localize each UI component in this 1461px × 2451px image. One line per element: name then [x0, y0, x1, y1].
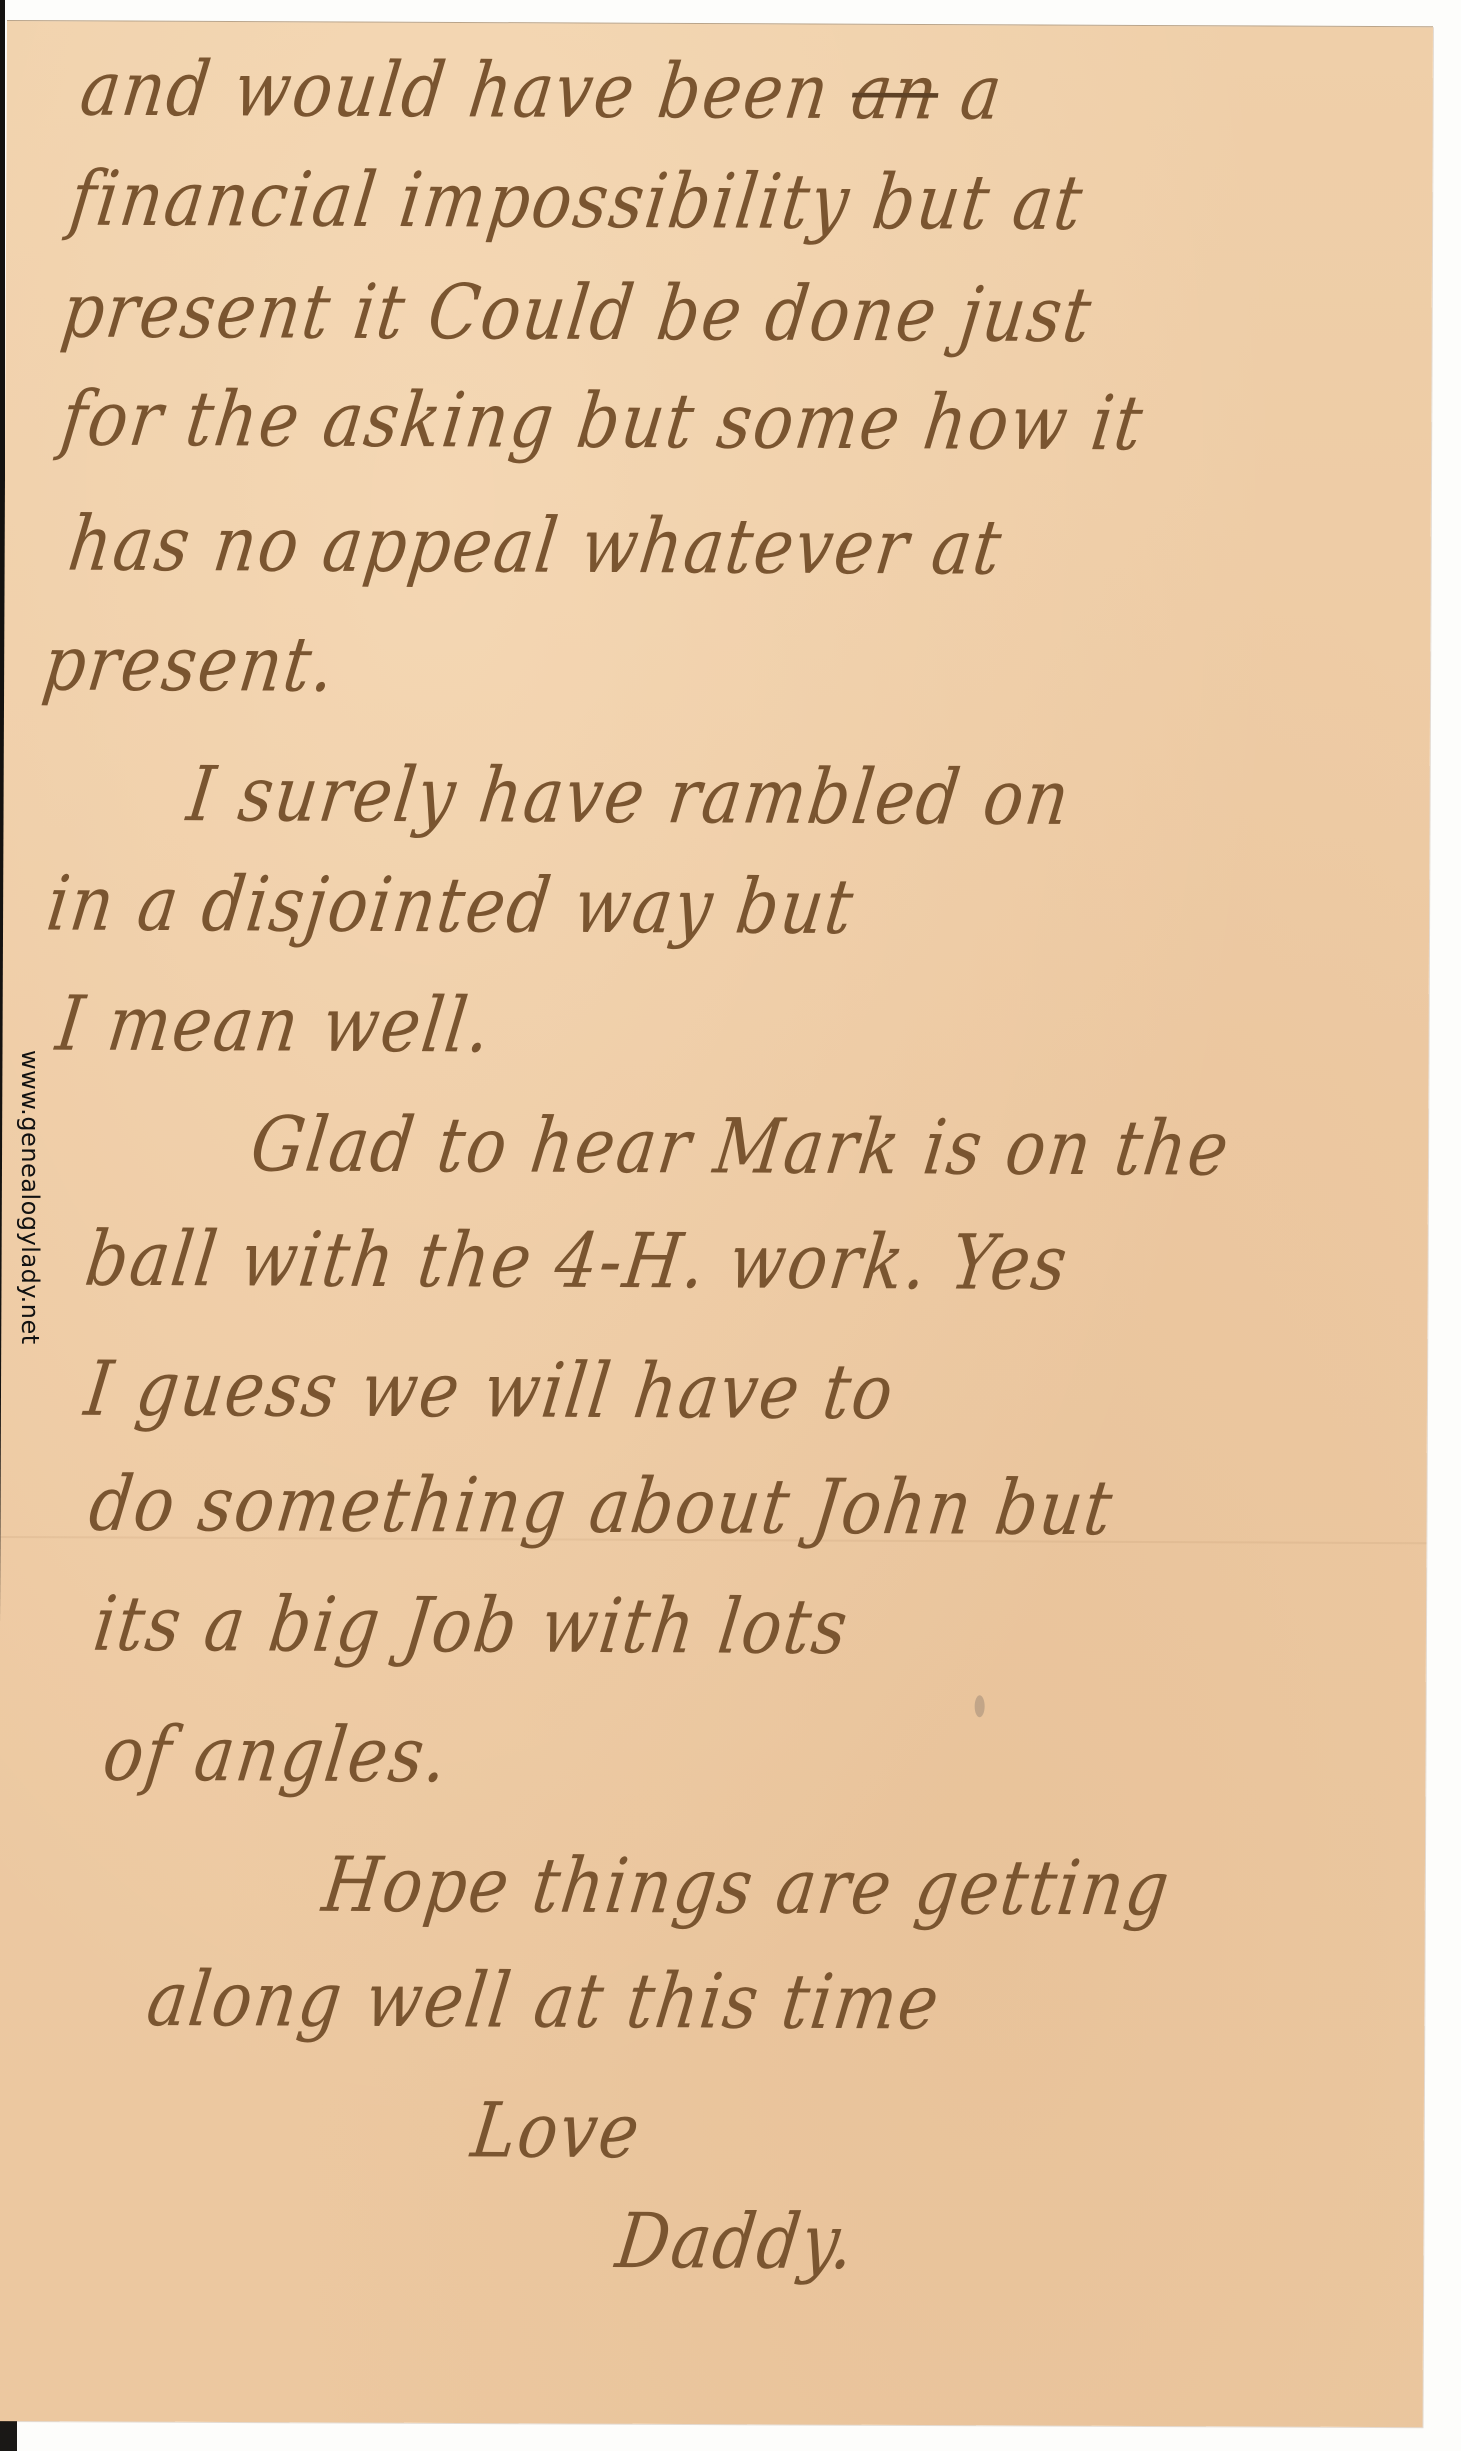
watermark-url: www.genealogylady.net	[16, 1050, 44, 1345]
letter-line-11: ball with the 4-H. work. Yes	[81, 1221, 1072, 1301]
letter-line-16: Hope things are getting	[319, 1848, 1175, 1928]
letter-line-6: present.	[39, 626, 340, 703]
paper-stain	[975, 1695, 985, 1717]
letter-line-15: of angles.	[99, 1717, 453, 1794]
letter-page: and would have been an a financial impos…	[0, 20, 1433, 2427]
letter-line-14: its a big Job with lots	[90, 1587, 853, 1666]
letter-line-10: Glad to hear Mark is on the	[247, 1107, 1234, 1187]
letter-line-3: present it Could be done just	[58, 273, 1097, 353]
letter-closing: Love	[468, 2093, 646, 2170]
letter-signature: Daddy.	[612, 2204, 860, 2281]
letter-line-2: financial impossibility but at	[66, 161, 1088, 241]
letter-line-4: for the asking but some how it	[57, 381, 1148, 462]
letter-line-5: has no appeal whatever at	[65, 506, 1008, 586]
letter-line-1: and would have been an a	[77, 51, 1008, 131]
scan-edge-corner	[0, 2418, 17, 2451]
letter-line-12: I guess we will have to	[81, 1351, 899, 1430]
letter-line-8: in a disjointed way but	[43, 866, 859, 945]
letter-line-13: do something about John but	[85, 1466, 1118, 1546]
letter-line-7: I surely have rambled on	[183, 757, 1075, 837]
letter-line-17: along well at this time	[143, 1962, 944, 2041]
struck-word: an	[847, 48, 944, 137]
letter-line-9: I mean well.	[52, 986, 496, 1064]
